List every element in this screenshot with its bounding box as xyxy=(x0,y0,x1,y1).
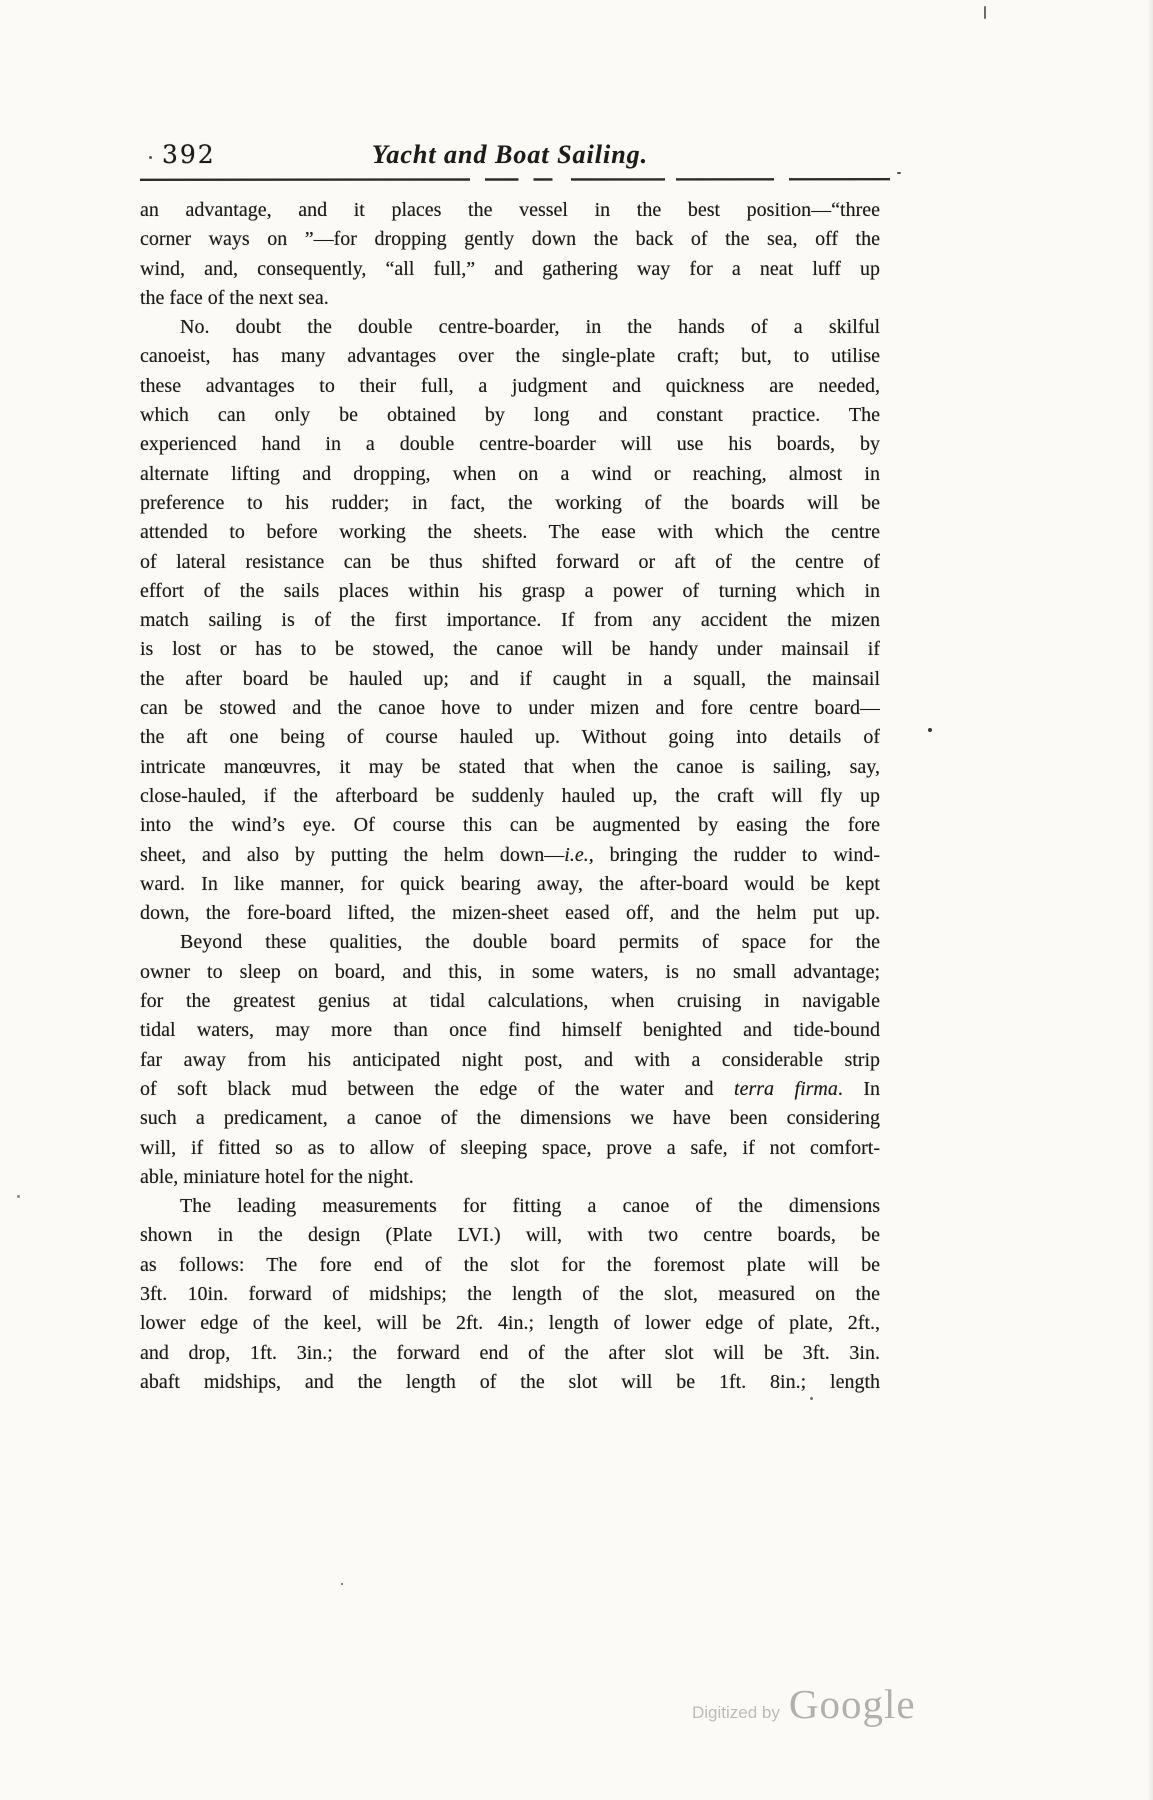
text-line: will, if fitted so as to allow of sleepi… xyxy=(140,1134,880,1163)
ink-speck xyxy=(341,1583,343,1585)
text-line: wind, and, consequently, “all full,” and… xyxy=(140,255,880,284)
ink-speck xyxy=(897,172,901,174)
text-line: corner ways on ”—for dropping gently dow… xyxy=(140,225,880,254)
watermark-prefix: Digitized by xyxy=(692,1703,780,1723)
text-line: Beyond these qualities, the double board… xyxy=(140,928,880,957)
text-line: an advantage, and it places the vessel i… xyxy=(140,196,880,225)
scan-edge-shade xyxy=(1147,0,1153,1800)
text-line: of soft black mud between the edge of th… xyxy=(140,1075,880,1104)
page-title: Yacht and Boat Sailing. xyxy=(140,140,880,170)
text-line: owner to sleep on board, and this, in so… xyxy=(140,958,880,987)
scan-mark xyxy=(984,6,986,19)
text-line: lower edge of the keel, will be 2ft. 4in… xyxy=(140,1309,880,1338)
text-line: match sailing is of the first importance… xyxy=(140,606,880,635)
text-line: preference to his rudder; in fact, the w… xyxy=(140,489,880,518)
text-line: such a predicament, a canoe of the dimen… xyxy=(140,1104,880,1133)
text-line: for the greatest genius at tidal calcula… xyxy=(140,987,880,1016)
book-page: { "page": { "number": "392", "title": "Y… xyxy=(0,0,1153,1800)
text-line: experienced hand in a double centre-boar… xyxy=(140,430,880,459)
text-line: effort of the sails places within his gr… xyxy=(140,577,880,606)
ink-speck xyxy=(810,1397,813,1400)
text-line: The leading measurements for fitting a c… xyxy=(140,1192,880,1221)
text-block: an advantage, and it places the vessel i… xyxy=(140,196,880,1397)
text-line: as follows: The fore end of the slot for… xyxy=(140,1251,880,1280)
text-line: sheet, and also by putting the helm down… xyxy=(140,841,880,870)
text-line: intricate manœuvres, it may be stated th… xyxy=(140,753,880,782)
text-line: and drop, 1ft. 3in.; the forward end of … xyxy=(140,1339,880,1368)
running-header: 392 Yacht and Boat Sailing. xyxy=(140,140,880,176)
text-line: can be stowed and the canoe hove to unde… xyxy=(140,694,880,723)
text-line: of lateral resistance can be thus shifte… xyxy=(140,548,880,577)
text-line: far away from his anticipated night post… xyxy=(140,1046,880,1075)
watermark: Digitized by Google xyxy=(692,1680,916,1728)
text-line: ward. In like manner, for quick bearing … xyxy=(140,870,880,899)
text-line: the face of the next sea. xyxy=(140,284,880,313)
google-logo: Google xyxy=(789,1680,916,1728)
ink-speck xyxy=(149,156,152,159)
ink-speck xyxy=(928,728,932,732)
text-line: abaft midships, and the length of the sl… xyxy=(140,1368,880,1397)
text-line: the aft one being of course hauled up. W… xyxy=(140,723,880,752)
text-line: shown in the design (Plate LVI.) will, w… xyxy=(140,1221,880,1250)
text-line: these advantages to their full, a judgme… xyxy=(140,372,880,401)
text-line: able, miniature hotel for the night. xyxy=(140,1163,880,1192)
text-line: canoeist, has many advantages over the s… xyxy=(140,342,880,371)
ink-speck xyxy=(17,1195,20,1198)
text-line: close-hauled, if the afterboard be sudde… xyxy=(140,782,880,811)
text-line: the after board be hauled up; and if cau… xyxy=(140,665,880,694)
text-line: attended to before working the sheets. T… xyxy=(140,518,880,547)
header-rule xyxy=(140,178,890,181)
text-line: is lost or has to be stowed, the canoe w… xyxy=(140,635,880,664)
text-line: tidal waters, may more than once find hi… xyxy=(140,1016,880,1045)
text-line: into the wind’s eye. Of course this can … xyxy=(140,811,880,840)
text-line: down, the fore-board lifted, the mizen-s… xyxy=(140,899,880,928)
text-line: which can only be obtained by long and c… xyxy=(140,401,880,430)
text-line: No. doubt the double centre-boarder, in … xyxy=(140,313,880,342)
text-line: 3ft. 10in. forward of midships; the leng… xyxy=(140,1280,880,1309)
text-line: alternate lifting and dropping, when on … xyxy=(140,460,880,489)
